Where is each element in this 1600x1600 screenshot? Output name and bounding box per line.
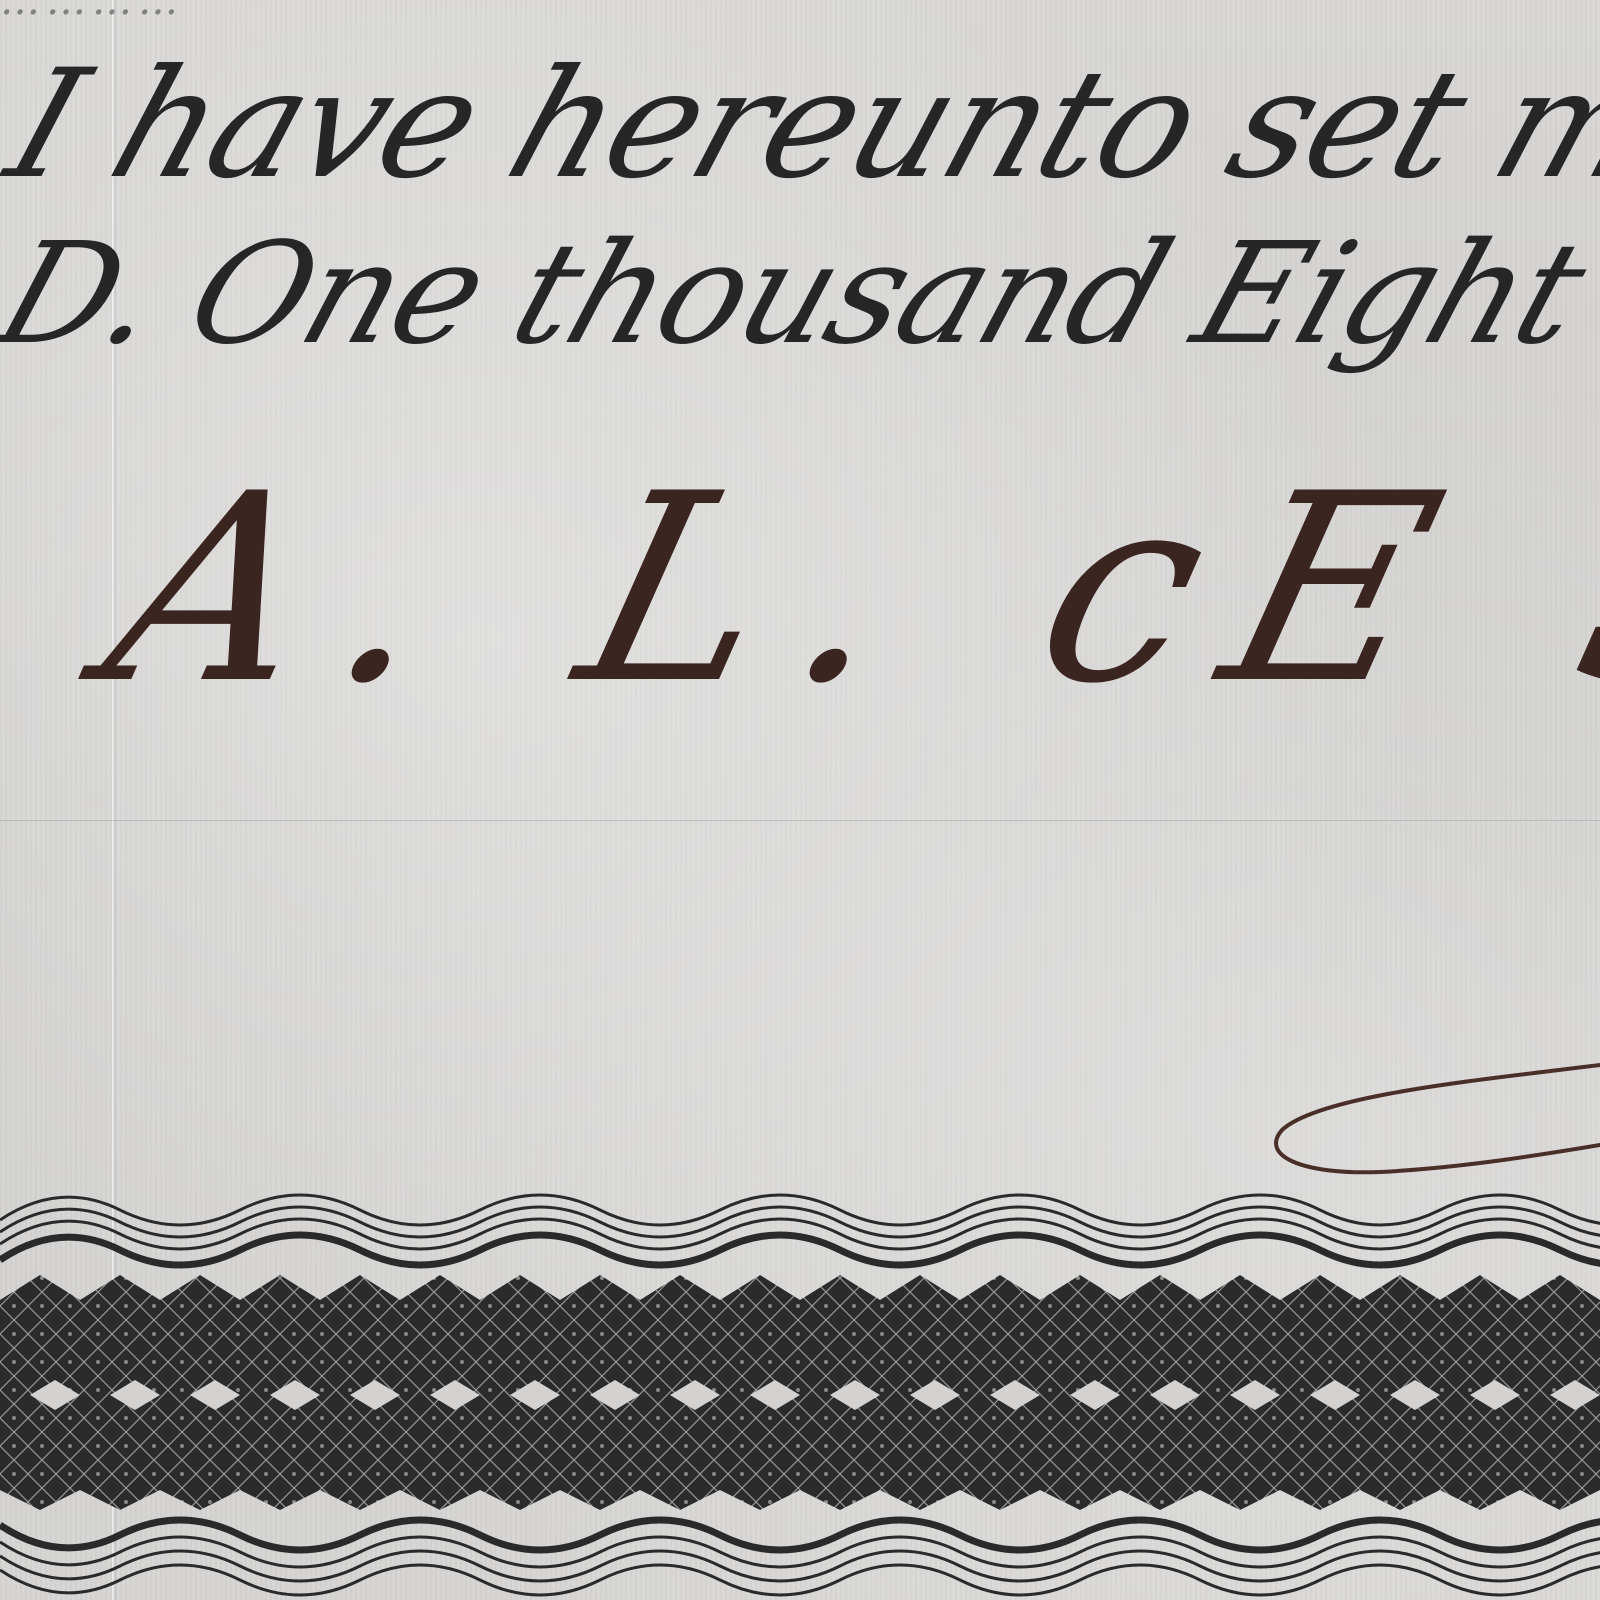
cut-off-top-text: ………… [0, 0, 1600, 18]
engraved-line-2: D. One thousand Eight hun [0, 215, 1600, 375]
handwritten-signature: A. L. cE S. [78, 420, 1600, 760]
guilloche-border-icon [0, 1180, 1600, 1600]
engraved-line-1: I have hereunto set my hand [0, 40, 1600, 210]
signature-flourish-icon [1260, 1050, 1600, 1190]
horizontal-rule-line [0, 820, 1600, 822]
